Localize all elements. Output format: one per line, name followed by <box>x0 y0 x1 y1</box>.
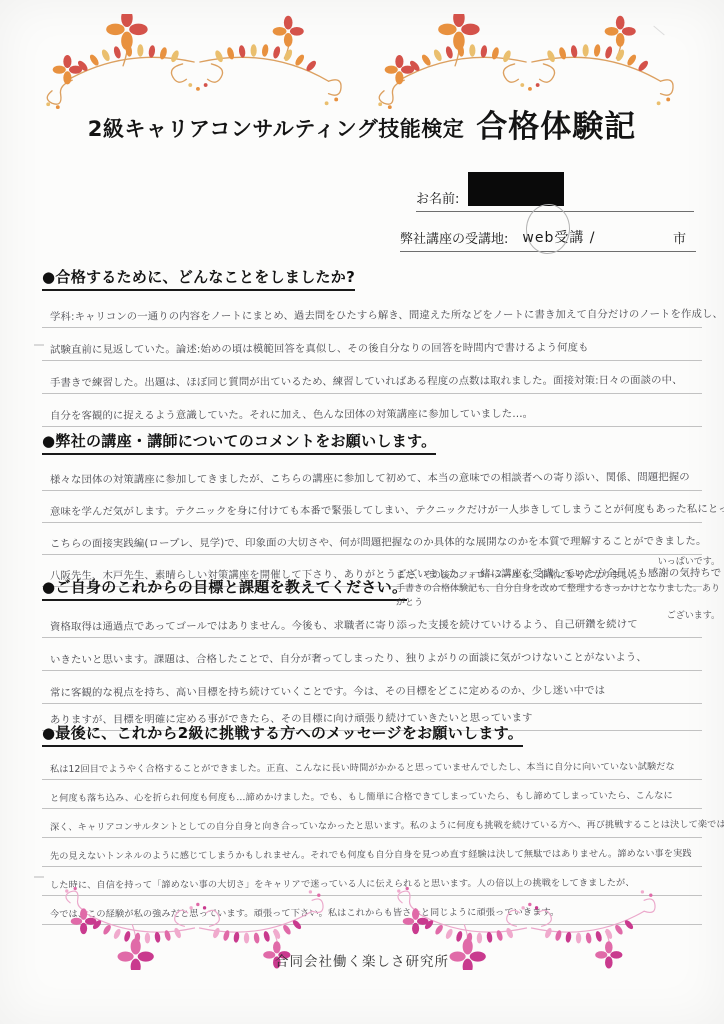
handwriting-text: 手書きで練習した。出題は、ほぼ同じ質問が出ているため、練習していればある程度の点… <box>50 371 683 389</box>
document-title: 2級キャリアコンサルティング技能検定 合格体験記 <box>0 112 724 143</box>
floral-border-top <box>38 14 688 112</box>
answer-line: 試験直前に見返していた。論述:始めの頃は模範回答を真似し、その後自分なりの回答を… <box>42 328 702 361</box>
handwriting-text: 自分を客観的に捉えるよう意識していた。それに加え、色んな団体の対策講座に参加して… <box>50 405 533 422</box>
handwriting-text: 常に客観的な視点を持ち、高い目標を持ち続けていくことです。今は、その目標をどこに… <box>50 682 605 699</box>
handwriting-text: 試験直前に見返していた。論述:始めの頃は模範回答を真似し、その後自分なりの回答を… <box>50 339 589 356</box>
handwriting-text: 学科:キャリコンの一通りの内容をノートにまとめ、過去問をひたすら解き、間違えた所… <box>50 305 723 323</box>
answer-line: いきたいと思います。課題は、合格したことで、自分が奢ってしまったり、独りよがりの… <box>42 638 702 671</box>
question-heading: ●弊社の講座・講師についてのコメントをお願いします。 <box>42 430 436 455</box>
answer-line: 手書きで練習した。出題は、ほぼ同じ質問が出ているため、練習していればある程度の点… <box>42 361 702 394</box>
handwriting-text: した時に、自信を持って「諦めない事の大切さ」をキャリアで迷っている人に伝えられる… <box>50 874 635 891</box>
answer-line: 意味を学んだ気がします。テクニックを身に付けても本番で緊張してしまい、テクニック… <box>42 491 702 523</box>
handwriting-text: 私は12回目でようやく合格することができました。正直、こんなに長い時間がかかると… <box>50 758 675 775</box>
handwriting-text: 先の見えないトンネルのように感じてしまうかもしれません。それでも何度も自分自身を… <box>50 845 692 862</box>
flourish-right-icon <box>370 14 688 110</box>
question-heading: ●合格するために、どんなことをしましたか? <box>42 266 355 291</box>
answer-line: 深く、キャリアコンサルタントとしての自分自身と向き合っていなかったと思います。私… <box>42 809 702 838</box>
scanned-document: 2級キャリアコンサルティング技能検定 合格体験記 お名前: 弊社講座の受講地: … <box>0 0 724 1024</box>
answer-line: 様々な団体の対策講座に参加してきましたが、こちらの講座に参加して初めて、本当の意… <box>42 459 702 491</box>
handwriting-text: 様々な団体の対策講座に参加してきましたが、こちらの講座に参加して初めて、本当の意… <box>50 468 690 486</box>
course-location-label: 弊社講座の受講地: <box>400 228 508 247</box>
name-redaction-box <box>468 172 564 206</box>
handwriting-text: こちらの面接実践編(ロープレ、見学)で、印象面の大切さや、何が問題把握なのか具体… <box>50 532 707 550</box>
margin-note-line: 手書きの合格体験記も、自分自身を改めて整理するきっかけとなりました。ありがとう <box>396 583 720 610</box>
answer-line: 先の見えないトンネルのように感じてしまうかもしれません。それでも何度も自分自身を… <box>42 838 702 867</box>
title-prefix: 2級キャリアコンサルティング技能検定 <box>88 113 464 143</box>
question-heading: ●最後に、これから2級に挑戦する方へのメッセージをお願いします。 <box>42 722 523 747</box>
flourish-left-icon <box>38 14 356 110</box>
scan-artifact <box>653 26 664 36</box>
handwriting-text: 深く、キャリアコンサルタントとしての自分自身と向き合っていなかったと思います。私… <box>50 816 724 833</box>
answer-line: 私は12回目でようやく合格することができました。正直、こんなに長い時間がかかると… <box>42 751 702 780</box>
course-location-suffix: 市 <box>673 228 686 247</box>
answer-line: こちらの面接実践編(ロープレ、見学)で、印象面の大切さや、何が問題把握なのか具体… <box>42 523 702 555</box>
handwriting-text: 意味を学んだ気がします。テクニックを身に付けても本番で緊張してしまい、テクニック… <box>50 500 724 518</box>
margin-note-line: また、その後のフォローメールも、非常に参考になりました。 <box>396 570 720 584</box>
answer-line: 常に客観的な視点を持ち、高い目標を持ち続けていくことです。今は、その目標をどこに… <box>42 671 702 704</box>
margin-note-line: いっぱいです。 <box>396 556 720 570</box>
name-label: お名前: <box>416 188 459 207</box>
question-heading: ●ご自身のこれからの目標と課題を教えてください。 <box>42 576 407 601</box>
margin-note-line: ございます。 <box>396 610 720 624</box>
section-message-to-challengers: ●最後に、これから2級に挑戦する方へのメッセージをお願いします。 私は12回目で… <box>42 722 702 925</box>
scan-artifact <box>34 876 44 878</box>
overflow-margin-note: いっぱいです。 また、その後のフォローメールも、非常に参考になりました。 手書き… <box>396 556 720 624</box>
answer-line: と何度も落ち込み、心を折られ何度も何度も…諦めかけました。でも、もし簡単に合格で… <box>42 780 702 809</box>
answer-line: 今では、この経験が私の強みだと思っています。頑張って下さい。私はこれからも皆さん… <box>42 896 702 925</box>
scan-artifact <box>34 344 44 346</box>
handwriting-text: いきたいと思います。課題は、合格したことで、自分が奢ってしまったり、独りよがりの… <box>50 648 647 666</box>
course-location-row: 弊社講座の受講地: web受講 / 市 <box>400 222 696 252</box>
handwriting-text: 今では、この経験が私の強みだと思っています。頑張って下さい。私はこれからも皆さん… <box>50 904 559 920</box>
handwriting-text: と何度も落ち込み、心を折られ何度も何度も…諦めかけました。でも、もし簡単に合格で… <box>50 787 673 804</box>
answer-line: した時に、自信を持って「諦めない事の大切さ」をキャリアで迷っている人に伝えられる… <box>42 867 702 896</box>
title-main: 合格体験記 <box>476 112 636 143</box>
answer-line: 学科:キャリコンの一通りの内容をノートにまとめ、過去問をひたすら解き、間違えた所… <box>42 295 702 328</box>
footer-company-name: 合同会社働く楽しさ研究所 <box>0 950 724 970</box>
section-how-passed: ●合格するために、どんなことをしましたか? 学科:キャリコンの一通りの内容をノー… <box>42 266 702 427</box>
answer-line: 自分を客観的に捉えるよう意識していた。それに加え、色んな団体の対策講座に参加して… <box>42 394 702 427</box>
